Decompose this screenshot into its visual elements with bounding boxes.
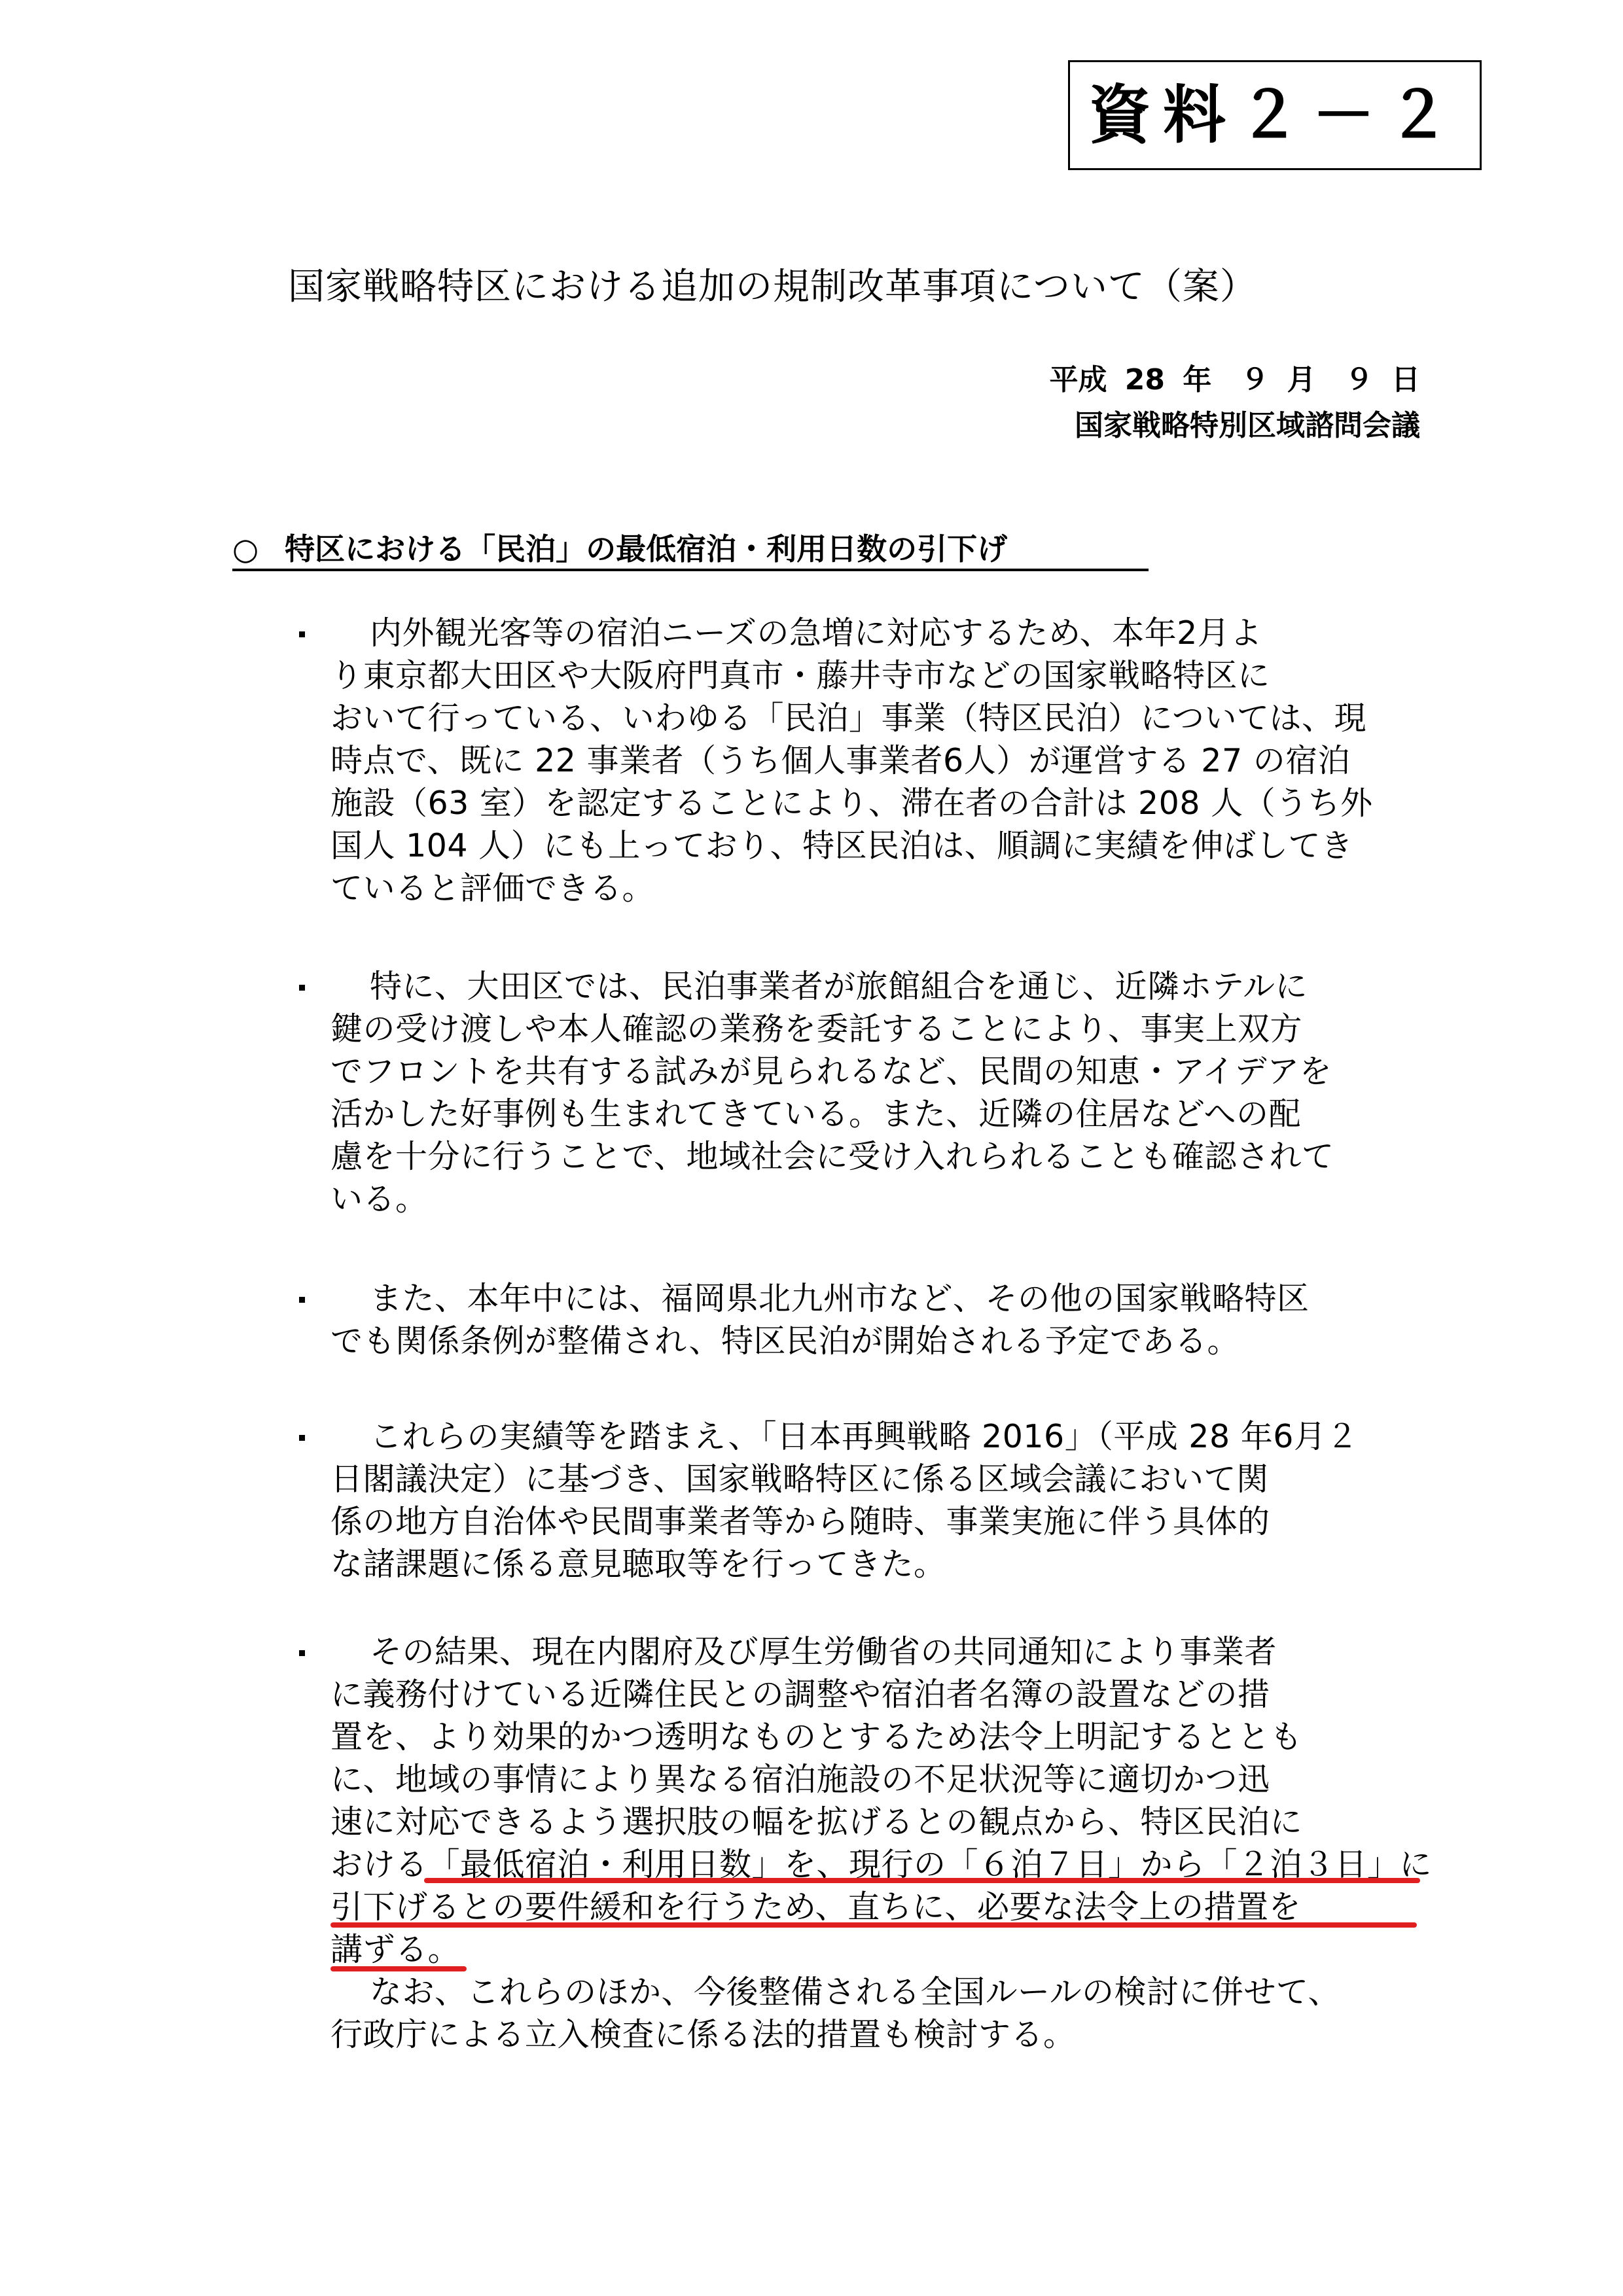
paragraph-line: 施設（63 室）を認定することにより、滞在者の合計は 208 人（うち外 [298, 782, 1423, 824]
document-date: 平成 28 年 ９ 月 ９ 日 [1049, 363, 1420, 398]
section-heading-text: 特区における「民泊」の最低宿泊・利用日数の引下げ [285, 531, 1007, 567]
paragraph-line: ていると評価できる。 [298, 867, 1423, 910]
paragraph-line: 鍵の受け渡しや本人確認の業務を委託することにより、事実上双方 [298, 1008, 1423, 1050]
circle-marker-icon: ○ [232, 531, 259, 567]
paragraph-line: 特に、大田区では、民泊事業者が旅館組合を通じ、近隣ホテルに [298, 965, 1423, 1008]
paragraph-line: 国人 104 人）にも上っており、特区民泊は、順調に実績を伸ばしてき [298, 824, 1423, 867]
paragraph-2: 特に、大田区では、民泊事業者が旅館組合を通じ、近隣ホテルに 鍵の受け渡しや本人確… [298, 965, 1423, 1220]
paragraph-line: おいて行っている、いわゆる「民泊」事業（特区民泊）については、現 [298, 697, 1423, 739]
document-label-box: 資料２－２ [1068, 60, 1482, 170]
continuation-line: 行政庁による立入検査に係る法的措置も検討する。 [298, 2013, 1423, 2056]
paragraph-line: に義務付けている近隣住民との調整や宿泊者名簿の設置などの措 [298, 1673, 1423, 1716]
paragraph-4: これらの実績等を踏まえ、「日本再興戦略 2016」（平成 28 年6月２ 日閣議… [298, 1415, 1423, 1585]
paragraph-line: 係の地方自治体や民間事業者等から随時、事業実施に伴う具体的 [298, 1500, 1423, 1543]
paragraph-line: でも関係条例が整備され、特区民泊が開始される予定である。 [298, 1320, 1423, 1362]
red-underline-highlight [330, 1922, 1417, 1928]
paragraph-3: また、本年中には、福岡県北九州市など、その他の国家戦略特区 でも関係条例が整備さ… [298, 1277, 1423, 1362]
paragraph-1: 内外観光客等の宿泊ニーズの急増に対応するため、本年2月よ り東京都大田区や大阪府… [298, 612, 1423, 910]
paragraph-line: その結果、現在内閣府及び厚生労働省の共同通知により事業者 [298, 1631, 1423, 1673]
paragraph-line: 活かした好事例も生まれてきている。また、近隣の住居などへの配 [298, 1093, 1423, 1135]
red-underline-highlight [330, 1966, 467, 1971]
paragraph-line: り東京都大田区や大阪府門真市・藤井寺市などの国家戦略特区に [298, 654, 1423, 697]
issuing-organization: 国家戦略特別区域諮問会議 [1075, 409, 1420, 444]
highlighted-line: 講ずる。 [298, 1928, 1423, 1971]
paragraph-line: これらの実績等を踏まえ、「日本再興戦略 2016」（平成 28 年6月２ [298, 1415, 1423, 1458]
paragraph-5: その結果、現在内閣府及び厚生労働省の共同通知により事業者 に義務付けている近隣住… [298, 1631, 1423, 2056]
section-heading: ○特区における「民泊」の最低宿泊・利用日数の引下げ [232, 531, 1149, 571]
paragraph-line: 慮を十分に行うことで、地域社会に受け入れられることも確認されて [298, 1135, 1423, 1178]
paragraph-line: 時点で、既に 22 事業者（うち個人事業者6人）が運営する 27 の宿泊 [298, 739, 1423, 782]
paragraph-line: な諸課題に係る意見聴取等を行ってきた。 [298, 1543, 1423, 1585]
paragraph-line: 日閣議決定）に基づき、国家戦略特区に係る区域会議において関 [298, 1458, 1423, 1500]
paragraph-line: 内外観光客等の宿泊ニーズの急増に対応するため、本年2月よ [298, 612, 1423, 654]
paragraph-line: 速に対応できるよう選択肢の幅を拡げるとの観点から、特区民泊に [298, 1801, 1423, 1843]
document-title: 国家戦略特区における追加の規制改革事項について（案） [288, 265, 1257, 309]
continuation-line: なお、これらのほか、今後整備される全国ルールの検討に併せて、 [298, 1971, 1423, 2013]
paragraph-line: でフロントを共有する試みが見られるなど、民間の知恵・アイデアを [298, 1050, 1423, 1093]
paragraph-line: いる。 [298, 1178, 1423, 1220]
paragraph-line: に、地域の事情により異なる宿泊施設の不足状況等に適切かつ迅 [298, 1758, 1423, 1801]
paragraph-line: また、本年中には、福岡県北九州市など、その他の国家戦略特区 [298, 1277, 1423, 1320]
red-underline-highlight [424, 1878, 1420, 1883]
paragraph-line: 置を、より効果的かつ透明なものとするため法令上明記するととも [298, 1716, 1423, 1758]
document-label: 資料２－２ [1088, 84, 1461, 147]
